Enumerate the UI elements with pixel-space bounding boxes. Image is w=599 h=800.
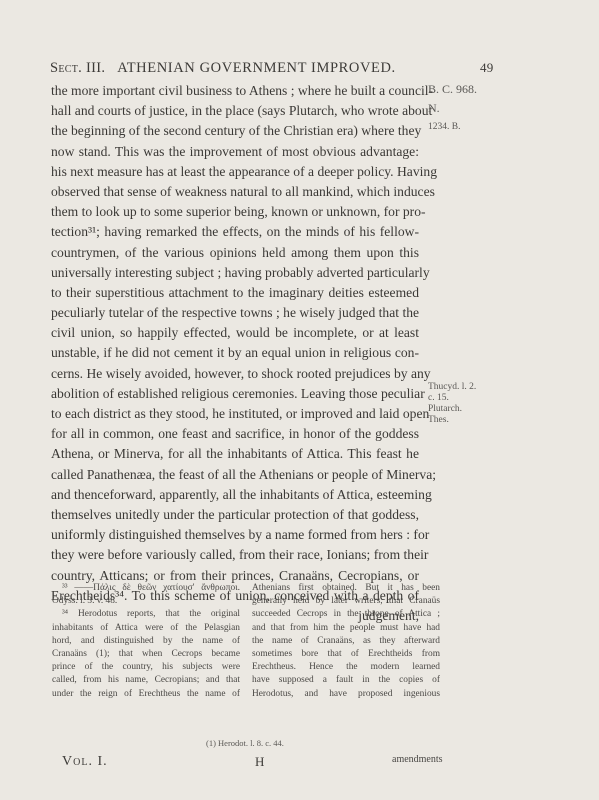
main-text: the more important civil business to Ath…: [51, 81, 419, 626]
text-line: cerns. He wisely avoided, however, to sh…: [51, 364, 419, 384]
text-line: Athena, or Minerva, for all the inhabita…: [51, 444, 419, 464]
book-page: Sect. III. ATHENIAN GOVERNMENT IMPROVED.…: [0, 0, 599, 800]
text-line: and thenceforward, apparently, all the i…: [51, 485, 419, 505]
text-line: civil union, so happily effected, would …: [51, 323, 419, 343]
text-line: countrymen, of the various opinions held…: [51, 243, 419, 263]
footnote-line: have supposed a fault in the copies of: [252, 674, 440, 687]
footnote-line: prince of the country, his subjects were: [52, 661, 240, 674]
text-line: for all in common, one feast and sacrifi…: [51, 424, 419, 444]
text-line: the beginning of the second century of t…: [51, 121, 419, 141]
page-title: ATHENIAN GOVERNMENT IMPROVED.: [117, 60, 396, 76]
margin-ref-theseus: Thes.: [428, 415, 449, 426]
footnote-line: sometimes bore that of Erechtheids from: [252, 648, 440, 661]
text-line: now stand. This was the improvement of m…: [51, 142, 419, 162]
footnote-line: the name of Cranaäns, as they afterward: [252, 635, 440, 648]
text-line: observed that sense of weakness natural …: [51, 182, 419, 202]
footnote-line: Herodotus, and have proposed ingenious: [252, 688, 440, 701]
footnote-line: Erechtheus. Hence the modern learned: [252, 661, 440, 674]
footnote-line: generally held by later writers, that Cr…: [252, 595, 440, 608]
footnotes-right-column: Athenians first obtained. But it has bee…: [252, 582, 440, 701]
footnote-line: Cranaäns (1); that when Cecrops became: [52, 648, 240, 661]
margin-ref-chapter: c. 15.: [428, 393, 449, 404]
margin-date-bc: B. C. 968.: [428, 82, 477, 96]
volume-text: Vol. I.: [62, 754, 108, 769]
running-header: Sect. III. ATHENIAN GOVERNMENT IMPROVED.…: [50, 60, 500, 77]
page-number: 49: [480, 60, 494, 76]
text-line: peculiarly tutelar of the respective tow…: [51, 303, 419, 323]
margin-ref-thucydides: Thucyd. l. 2.: [428, 382, 476, 393]
margin-date-n2: 1234. B.: [428, 122, 460, 133]
footnote-line: succeeded Cecrops in the throne of Attic…: [252, 608, 440, 621]
catchword: amendments: [392, 754, 443, 765]
text-line: hall and courts of justice, in the place…: [51, 101, 419, 121]
text-line: uniformly distinguished themselves by a …: [51, 525, 419, 545]
text-line: tection³¹; having remarked the effects, …: [51, 222, 419, 242]
footnote-line: under the reign of Erechtheus the name o…: [52, 688, 240, 701]
footnote-line: hord, and distinguished by the name of: [52, 635, 240, 648]
text-line: they were before variously called, from …: [51, 545, 419, 565]
text-line: to their superstitious attachment to the…: [51, 283, 419, 303]
printer-signature: H: [255, 754, 264, 770]
volume-label: Vol. I.: [62, 754, 108, 770]
footnote-line: Odyss. l. 3. v. 48.: [52, 595, 240, 608]
footnote-line: and that from him the people must have h…: [252, 622, 440, 635]
text-line: called Panathenæa, the feast of all the …: [51, 465, 419, 485]
footnote-line: Athenians first obtained. But it has bee…: [252, 582, 440, 595]
section-label: Sect. III.: [50, 60, 105, 76]
margin-date-n: N.: [428, 101, 440, 115]
text-line: to each district as they stood, he insti…: [51, 404, 419, 424]
text-line: universally interesting subject ; having…: [51, 263, 419, 283]
text-line: his next measure has at least the appear…: [51, 162, 419, 182]
footnote-line: ³⁴ Herodotus reports, that the original: [52, 608, 240, 621]
text-line: them to look up to some superior being, …: [51, 202, 419, 222]
footnote-line: ³³ ——Πάλις δὲ θεῶν χατίουσ' ἄνθρωποι.: [52, 582, 240, 595]
footnote-sub-reference: (1) Herodot. l. 8. c. 44.: [206, 738, 284, 748]
margin-ref-plutarch: Plutarch.: [428, 404, 462, 415]
text-line: abolition of established religious cerem…: [51, 384, 419, 404]
text-line: themselves unitedly under the particular…: [51, 505, 419, 525]
text-line: the more important civil business to Ath…: [51, 81, 419, 101]
footnote-line: inhabitants of Attica were of the Pelasg…: [52, 622, 240, 635]
footnote-line: called, from his name, Cecropians; and t…: [52, 674, 240, 687]
text-line: unstable, if he did not cement it by an …: [51, 343, 419, 363]
footnotes-left-column: ³³ ——Πάλις δὲ θεῶν χατίουσ' ἄνθρωποι. Od…: [52, 582, 240, 701]
